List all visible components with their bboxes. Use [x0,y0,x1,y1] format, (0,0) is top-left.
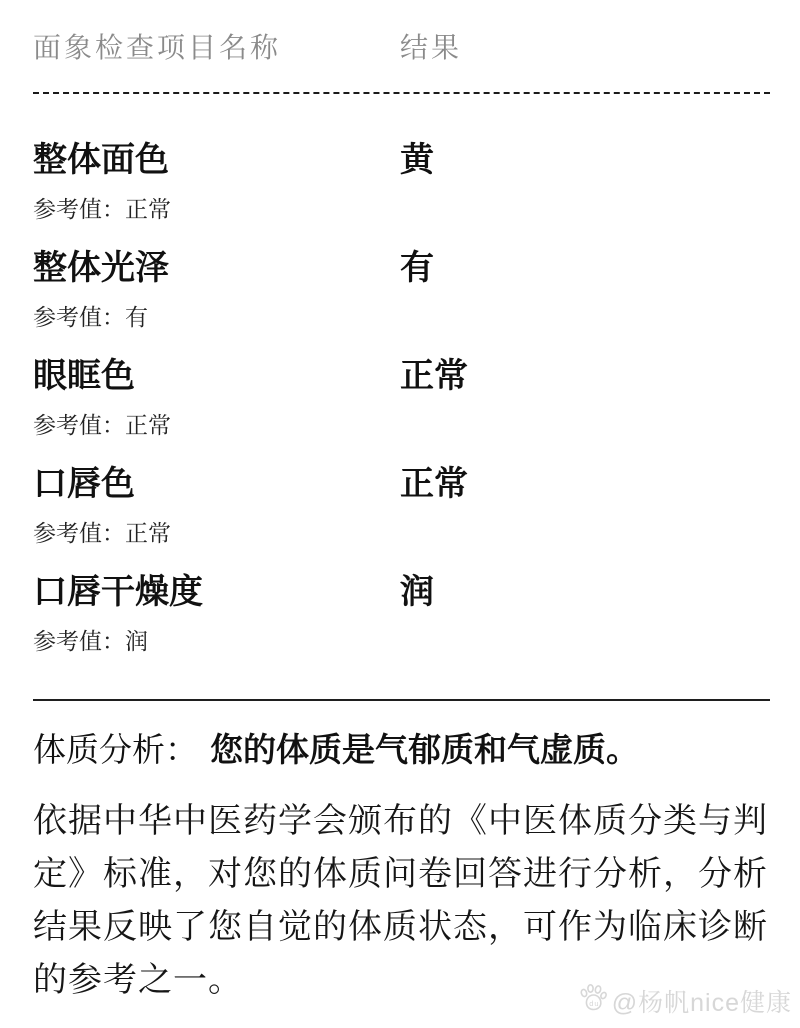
item-result: 黄 [400,139,770,181]
table-row: 整体面色 黄 参考值：正常 [33,139,770,225]
watermark: du @杨帆nice健康 [578,982,792,1019]
row-main: 整体光泽 有 [33,247,770,289]
item-result: 正常 [400,355,770,397]
reference-value: 参考值：有 [33,301,770,333]
row-main: 口唇色 正常 [33,463,770,505]
watermark-text: @杨帆nice健康 [612,983,792,1019]
column-header-item-name: 面象检查项目名称 [33,26,400,66]
reference-value: 参考值：正常 [33,409,770,441]
analysis-conclusion: 您的体质是气郁质和气虚质。 [210,731,639,768]
item-name: 整体面色 [33,139,400,181]
item-result: 有 [400,247,770,289]
table-row: 整体光泽 有 参考值：有 [33,247,770,333]
analysis-label: 体质分析： [33,731,198,768]
paw-icon-du-label: du [589,999,599,1008]
item-result: 润 [400,571,770,613]
item-result: 正常 [400,463,770,505]
item-name: 眼眶色 [33,355,400,397]
column-header-result: 结果 [400,26,770,66]
results-table: 整体面色 黄 参考值：正常 整体光泽 有 参考值：有 眼眶色 正常 参考值：正常… [33,139,770,657]
row-main: 口唇干燥度 润 [33,571,770,613]
analysis-description: 依据中华中医药学会颁布的《中医体质分类与判定》标准，对您的体质问卷回答进行分析，… [33,795,773,1007]
item-name: 口唇干燥度 [33,571,400,613]
table-row: 眼眶色 正常 参考值：正常 [33,355,770,441]
row-main: 眼眶色 正常 [33,355,770,397]
constitution-analysis-line: 体质分析：您的体质是气郁质和气虚质。 [33,727,770,773]
table-row: 口唇干燥度 润 参考值：润 [33,571,770,657]
item-name: 口唇色 [33,463,400,505]
item-name: 整体光泽 [33,247,400,289]
table-row: 口唇色 正常 参考值：正常 [33,463,770,549]
report-page: 面象检查项目名称 结果 整体面色 黄 参考值：正常 整体光泽 有 参考值：有 眼… [0,0,800,1007]
table-header: 面象检查项目名称 结果 [33,26,770,94]
baidu-paw-icon: du [578,982,608,1019]
reference-value: 参考值：正常 [33,517,770,549]
reference-value: 参考值：润 [33,625,770,657]
section-divider [33,699,770,701]
reference-value: 参考值：正常 [33,193,770,225]
row-main: 整体面色 黄 [33,139,770,181]
